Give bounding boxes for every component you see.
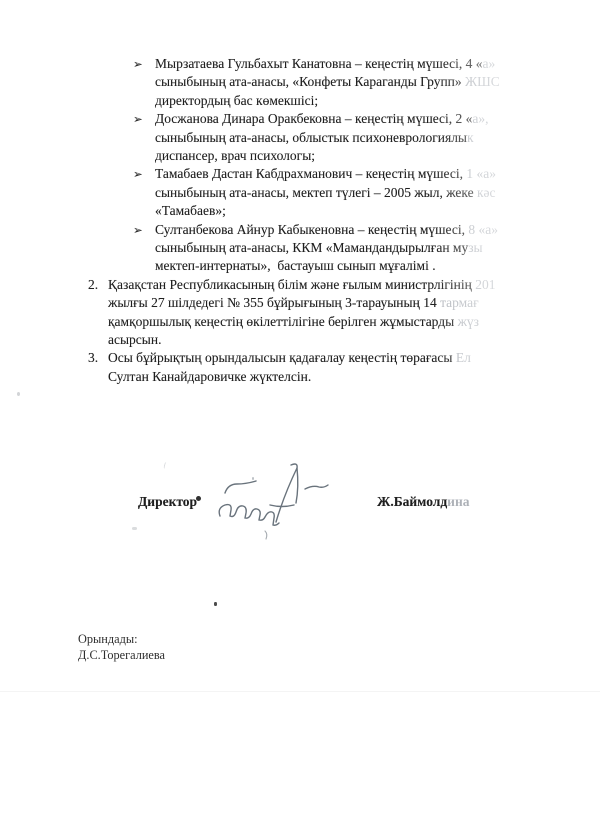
line-text: Султан Канайдаровичке жүктелсін. [108,369,311,384]
text-line: асырсын. [0,332,600,351]
director-label: Директор [138,494,197,510]
line-text: диспансер, врач психологы; [155,148,315,163]
faded-text: 8 «а» [468,222,498,237]
line-text: мектеп-интернаты», бастауыш сынып мұғалі… [155,258,436,273]
executor-block: Орындады: Д.С.Торегалиева [78,632,165,663]
text-line: ➢Мырзатаева Гульбахыт Канатовна – кеңест… [0,56,600,75]
faded-text: а» [483,56,496,71]
line-text: асырсын. [108,332,161,347]
faded-text: зы [468,240,482,255]
line-text: Қазақстан Республикасының білім және ғыл… [108,277,472,292]
text-line: сыныбының ата-анасы, мектеп түлегі – 200… [0,185,600,204]
line-text: Досжанова Динара Оракбековна – кеңестің … [155,111,472,126]
text-line: 3.Осы бұйрықтың орындалысын қадағалау ке… [0,350,600,369]
text-line: ➢Досжанова Динара Оракбековна – кеңестің… [0,111,600,130]
text-line: сыныбының ата-анасы, облыстык психоневро… [0,130,600,149]
text-line: диспансер, врач психологы; [0,148,600,167]
line-text: сыныбының ата-анасы, облыстык психоневро… [155,130,467,145]
director-name: Ж.Баймолдина [377,494,469,510]
executor-label: Орындады: [78,632,165,648]
signature-scribble [210,455,340,540]
scan-artifact [214,602,217,606]
line-text: Мырзатаева Гульбахыт Канатовна – кеңесті… [155,56,483,71]
faded-text: жүз [458,314,479,329]
bullet-arrow-icon: ➢ [133,167,143,181]
faded-text: ЖШС [465,74,500,89]
scan-artifact [132,527,137,530]
line-text: сыныбының ата-анасы, ККМ «Мамандандырылғ… [155,240,468,255]
scan-artifact [163,462,168,470]
faded-text: к [467,130,474,145]
text-line: Султан Канайдаровичке жүктелсін. [0,369,600,388]
text-line: сыныбының ата-анасы, ККМ «Мамандандырылғ… [0,240,600,259]
document-page: ➢Мырзатаева Гульбахыт Канатовна – кеңест… [0,0,600,825]
text-line: сыныбының ата-анасы, «Конфеты Караганды … [0,74,600,93]
faded-text: 1 «а» [466,166,496,181]
line-text: қамқоршылық кеңестің өкілеттілігіне бері… [108,314,458,329]
line-text: сыныбының ата-анасы, «Конфеты Караганды … [155,74,465,89]
text-line: қамқоршылық кеңестің өкілеттілігіне бері… [0,314,600,333]
director-name-text: Ж.Баймолд [377,494,447,509]
text-line: ➢Тамабаев Дастан Кабдрахманович – кеңест… [0,166,600,185]
faded-text: кәс [477,185,496,200]
line-text: сыныбының ата-анасы, мектеп түлегі – 200… [155,185,477,200]
list-number: 2. [88,277,98,293]
line-text: жылғы 27 шілдедегі № 355 бұйрығының 3-та… [108,295,440,310]
faded-text: Ел [456,350,471,365]
scan-artifact [17,392,20,396]
faded-text: тармағ [440,295,479,310]
line-text: «Тамабаев»; [155,203,226,218]
text-line: жылғы 27 шілдедегі № 355 бұйрығының 3-та… [0,295,600,314]
list-number: 3. [88,350,98,366]
executor-name: Д.С.Торегалиева [78,648,165,664]
line-text: директордың бас көмекшісі; [155,93,318,108]
scan-artifact [252,477,254,480]
bullet-arrow-icon: ➢ [133,223,143,237]
bullet-arrow-icon: ➢ [133,57,143,71]
text-line: «Тамабаев»; [0,203,600,222]
text-line: ➢Султанбекова Айнур Кабыкеновна – кеңест… [0,222,600,241]
faded-text: ина [447,494,469,509]
text-line: мектеп-интернаты», бастауыш сынып мұғалі… [0,258,600,277]
scan-artifact [196,496,201,501]
line-text: Осы бұйрықтың орындалысын қадағалау кеңе… [108,350,456,365]
text-line: 2.Қазақстан Республикасының білім және ғ… [0,277,600,296]
scan-artifact [0,691,600,692]
line-text: Султанбекова Айнур Кабыкеновна – кеңесті… [155,222,468,237]
text-line: директордың бас көмекшісі; [0,93,600,112]
faded-text: а», [472,111,488,126]
line-text: Тамабаев Дастан Кабдрахманович – кеңесті… [155,166,466,181]
faded-text: 201 [472,277,496,292]
bullet-arrow-icon: ➢ [133,112,143,126]
